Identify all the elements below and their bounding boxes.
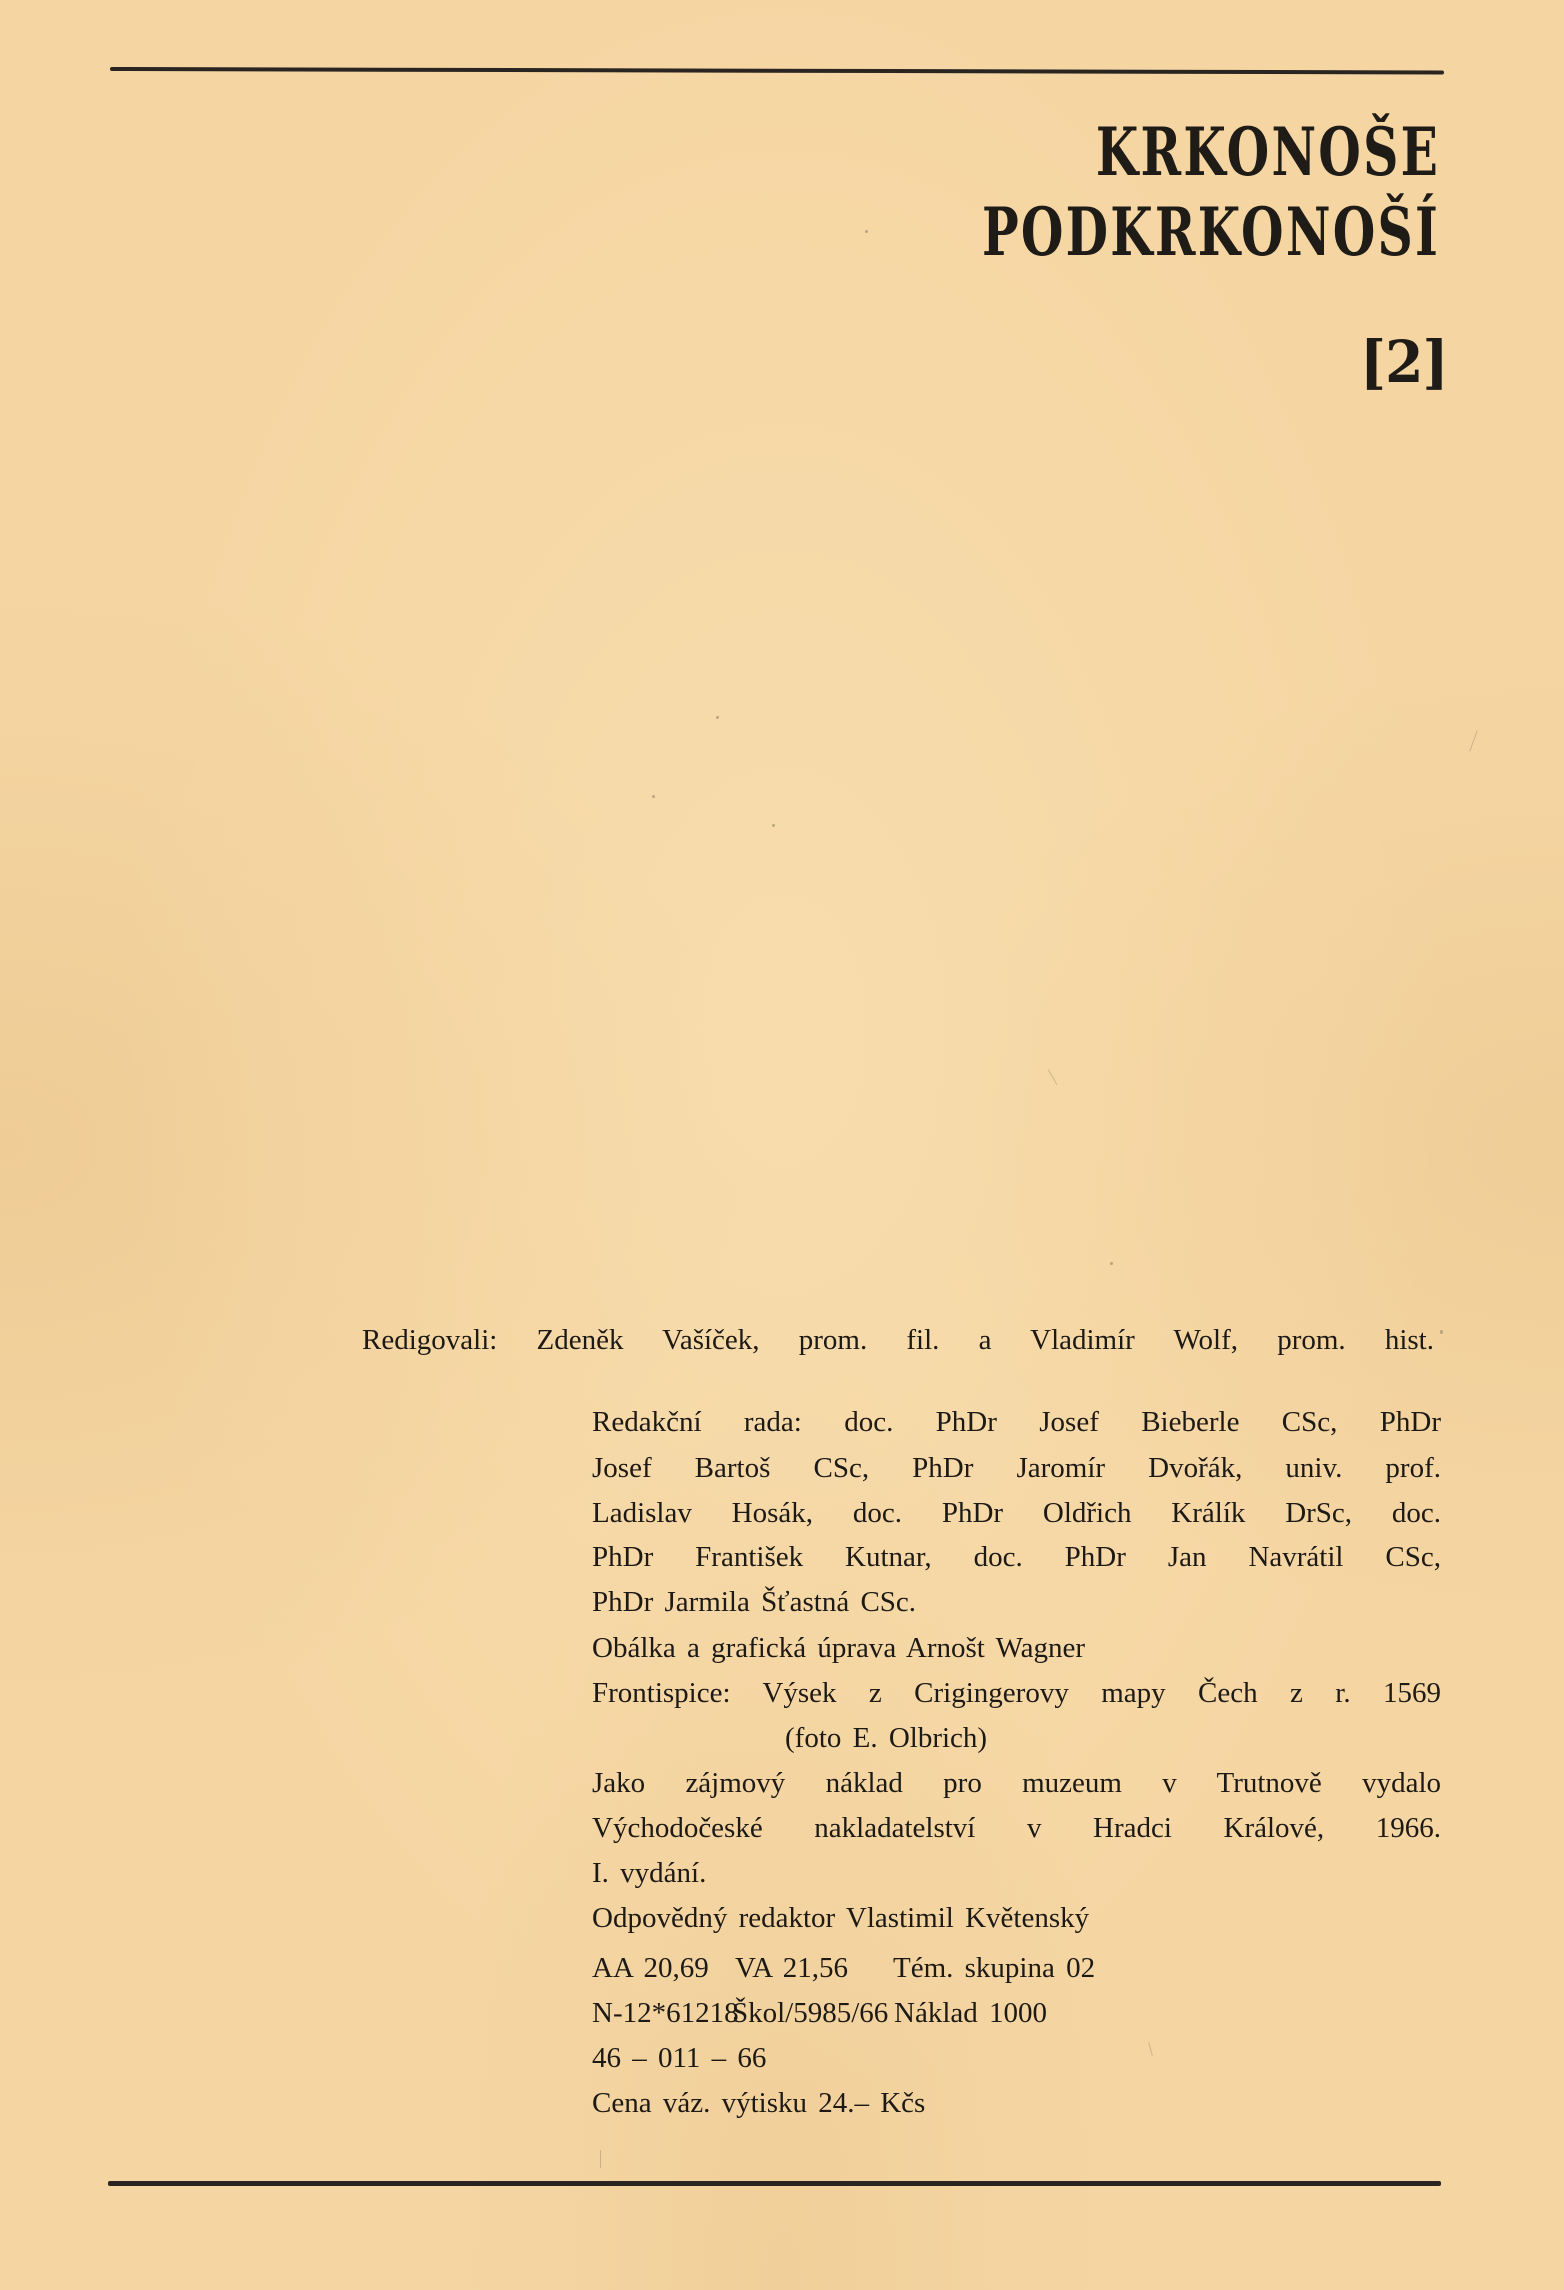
title-line-2: PODKRKONOŠÍ: [982, 192, 1440, 272]
colophon-page: KRKONOŠE PODKRKONOŠÍ [2] Redigovali: Zde…: [0, 0, 1564, 2290]
print-info-row-1: AA 20,69 VA 21,56 Tém. skupina 02: [592, 1950, 1441, 1986]
paper-speck: [1110, 1262, 1113, 1265]
book-title: KRKONOŠE PODKRKONOŠÍ: [821, 112, 1440, 272]
title-line-1: KRKONOŠE: [982, 112, 1440, 192]
volume-number: [2]: [1360, 322, 1448, 402]
publisher-sheets: VA 21,56: [735, 1950, 848, 1986]
print-run: Náklad 1000: [894, 1995, 1047, 2031]
paper-fiber: [1048, 1069, 1058, 1085]
paper-speck: [772, 824, 775, 827]
thematic-group: Tém. skupina 02: [893, 1950, 1095, 1986]
publisher-line: Jako zájmový náklad pro muzeum v Trutnov…: [592, 1765, 1441, 1801]
photo-credit: (foto E. Olbrich): [785, 1720, 987, 1756]
frontispiece: Frontispice: Výsek z Crigingerovy mapy Č…: [592, 1675, 1441, 1711]
paper-fiber: [600, 2150, 601, 2168]
paper-fiber: [1469, 730, 1477, 751]
catalog-code: 46 – 011 – 66: [592, 2040, 766, 2076]
print-number: N-12*61218: [592, 1995, 739, 2031]
edited-by: Redigovali: Zdeněk Vašíček, prom. fil. a…: [362, 1322, 1434, 1358]
editorial-board-line: PhDr František Kutnar, doc. PhDr Jan Nav…: [592, 1539, 1441, 1575]
editorial-board-line: Redakční rada: doc. PhDr Josef Bieberle …: [592, 1404, 1441, 1440]
bottom-rule: [108, 2181, 1441, 2186]
editorial-board-line: Josef Bartoš CSc, PhDr Jaromír Dvořák, u…: [592, 1450, 1441, 1486]
paper-fiber: [1148, 2042, 1153, 2056]
paper-speck: [716, 716, 719, 719]
responsible-editor: Odpovědný redaktor Vlastimil Květenský: [592, 1900, 1089, 1936]
edition: I. vydání.: [592, 1855, 706, 1891]
editorial-board-line: Ladislav Hosák, doc. PhDr Oldřich Králík…: [592, 1495, 1441, 1531]
paper-speck: [1440, 1330, 1443, 1334]
print-info-row-2: N-12*61218 Škol/5985/66 Náklad 1000: [592, 1995, 1441, 2031]
cover-design: Obálka a grafická úprava Arnošt Wagner: [592, 1630, 1085, 1666]
publisher-line: Východočeské nakladatelství v Hradci Krá…: [592, 1810, 1441, 1846]
price: Cena váz. výtisku 24.– Kčs: [592, 2085, 925, 2121]
paper-speck: [652, 795, 655, 798]
school-code: Škol/5985/66: [732, 1995, 888, 2031]
author-sheets: AA 20,69: [592, 1950, 709, 1986]
top-rule: [110, 67, 1444, 74]
editorial-board-line: PhDr Jarmila Šťastná CSc.: [592, 1584, 916, 1620]
